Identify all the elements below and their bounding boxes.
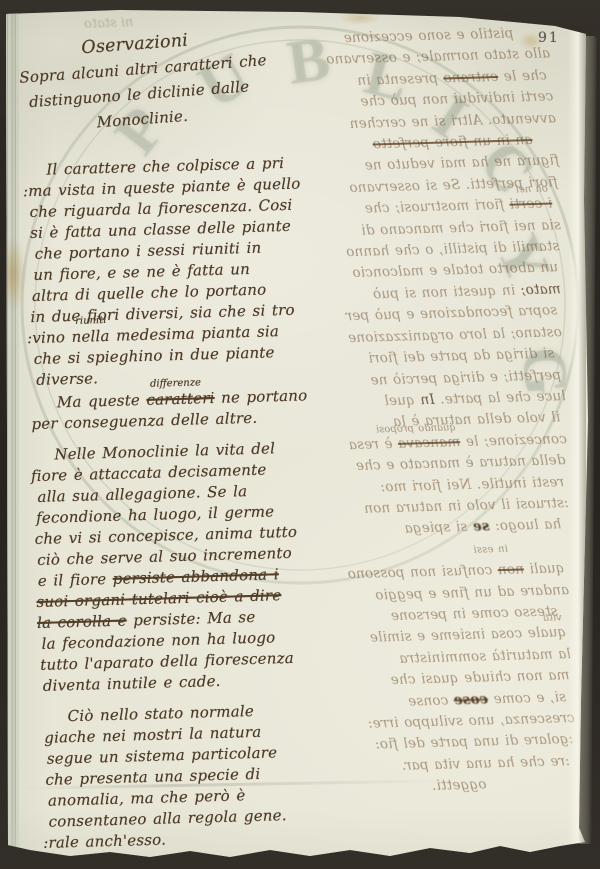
handwriting-segment: resti inutile. Nei fiori mo: — [380, 474, 564, 495]
handwriting-segment: se — [473, 519, 490, 535]
handwriting-segment: sopra fecondazione e può per — [345, 303, 557, 325]
ink-speck — [577, 22, 581, 26]
paragraphs-block: Il carattere che colpisce a pri:ma vista… — [22, 152, 337, 854]
handwriting-segment: Ma queste — [57, 391, 147, 411]
handwriting-segment: In — [420, 392, 435, 408]
handwriting-segment: crescenza, uno sviluppo irre: — [368, 710, 575, 732]
recto-text-column: OservazioniSopra alcuni altri caratteri … — [19, 26, 338, 854]
handwriting-segment: andare ad un fine e peggio — [375, 582, 569, 603]
handwriting-segment: diventa inutile e cade. — [43, 672, 221, 695]
handwriting-segment: mato; — [520, 281, 560, 298]
handwriting-segment: conse — [408, 692, 454, 709]
handwriting-segment: certi individui non può che — [360, 89, 553, 110]
handwriting-segment: si, e come — [488, 689, 567, 707]
handwriting-segment: avvenuto. Altri si ne cerchen — [349, 110, 556, 132]
interlinear-insertion: quando proposi — [376, 423, 456, 435]
handwriting-segment: stamili di pistilli, o che hanno — [346, 238, 560, 260]
handwriting-segment: concezione; le — [460, 431, 567, 450]
paragraph: Nelle Monoclinie la vita delfiore è atta… — [30, 437, 333, 697]
title-block: OservazioniSopra alcuni altri caratteri … — [17, 20, 319, 141]
handwriting-segment: è resa — [348, 436, 398, 453]
handwriting-segment: :vino — [27, 328, 72, 347]
handwriting-segment: si diriga da parte dei fiori — [368, 346, 555, 367]
handwriting-segment: caratteridifferenze — [146, 389, 215, 409]
handwriting-segment: la corolla e — [37, 612, 127, 632]
handwriting-segment: consentaneo alla regola gene. — [48, 806, 287, 831]
handwriting-segment: persiste abbandona i — [113, 565, 280, 588]
handwriting-segment: allo stato normale; e osservano — [326, 46, 550, 68]
handwriting-segment: si spiega — [404, 519, 473, 537]
handwriting-segment: an in un fiore perfetto — [372, 132, 532, 152]
photographed-manuscript-scan: PUBLICYG ni stato pistilo e sono eccezio… — [0, 0, 600, 869]
handwriting-segment: in essi — [473, 544, 508, 556]
interlinear-insertion: differenze — [150, 378, 201, 389]
handwriting-segment: ostano; la loro organizzazione — [348, 324, 562, 346]
paragraph: Ma queste caratteridifferenze ne portano… — [29, 385, 326, 435]
handwriting-segment: quel — [384, 392, 420, 409]
handwriting-segment: :re che ha una vita par. — [402, 753, 570, 774]
paragraph: Il carattere che colpisce a pri:ma vista… — [22, 152, 324, 391]
interlinear-insertion: riuniti — [75, 316, 107, 327]
handwriting-segment: pistilo e sono eccezione — [343, 26, 513, 47]
handwriting-segment: mancavaquando proposi — [398, 434, 461, 452]
handwriting-segment: e il fiore — [38, 570, 113, 590]
handwriting-segment: entrano — [443, 69, 498, 87]
handwriting-segment: i certioh nei — [509, 196, 552, 213]
handwriting-segment: figura ne ha mai veduto ne — [364, 153, 559, 174]
handwriting-segment: la maturità somministra — [399, 646, 571, 667]
paragraph: Ciò nello stato normalegiache nei mostri… — [37, 699, 337, 854]
handwriting-segment: ha luogo: — [489, 517, 561, 535]
handwriting-segment: per conseguenza delle altre. — [31, 409, 257, 433]
handwriting-segment: che le — [498, 67, 547, 84]
handwriting-segment: :rale anch'esso. — [43, 830, 166, 851]
gutter-sheet-edges — [5, 12, 19, 848]
handwriting-segment: ma non chiude quasi che — [390, 667, 569, 688]
handwriting-segment: sia nei fiori che mancano di — [361, 217, 561, 239]
handwriting-segment: stesso come in persone — [391, 603, 558, 624]
handwriting-segment: non — [498, 562, 525, 579]
handwriting-segment: oggetti. — [432, 777, 487, 795]
handwriting-segment: confusi non possono — [347, 562, 498, 582]
handwriting-segment: diverse. — [36, 369, 98, 389]
handwriting-segment: un aborto totale e malconcio — [352, 260, 558, 282]
handwriting-segment: della natura è mancato e che — [356, 452, 566, 474]
manuscript-page: PUBLICYG ni stato pistilo e sono eccezio… — [0, 0, 600, 869]
handwriting-segment: in questi non si può — [373, 282, 521, 302]
handwriting-segment: perfetti; e diriga perciò ne — [370, 367, 561, 388]
handwriting-segment: ne portano — [214, 386, 307, 407]
handwriting-segment: :golare di una parte del fio: — [375, 732, 574, 754]
handwriting-segment: quali — [524, 560, 565, 577]
interlinear-insertion: vita — [543, 614, 562, 625]
handwriting-segment: :struosi il volo in natura non — [364, 495, 569, 517]
handwriting-segment: fiori mostruosi; che — [364, 197, 509, 217]
interlinear-insertion: oh nei — [516, 185, 548, 196]
handwriting-segment: luce che la parte. — [434, 388, 565, 408]
handwriting-segment: e simile — [369, 628, 430, 646]
stain-top-middle — [330, 8, 390, 28]
handwriting-segment: presenta in — [357, 70, 444, 88]
handwriting-segment: quale cosa insiemevita — [430, 625, 566, 645]
folio-number-stamp: 91 — [538, 30, 578, 46]
handwriting-segment: cose — [454, 691, 489, 708]
handwriting-segment: Ciò nello stato normale — [67, 702, 254, 725]
showthrough-fragment: ni stato — [84, 15, 134, 32]
handwriting-segment: persiste: Ma se — [127, 608, 256, 630]
